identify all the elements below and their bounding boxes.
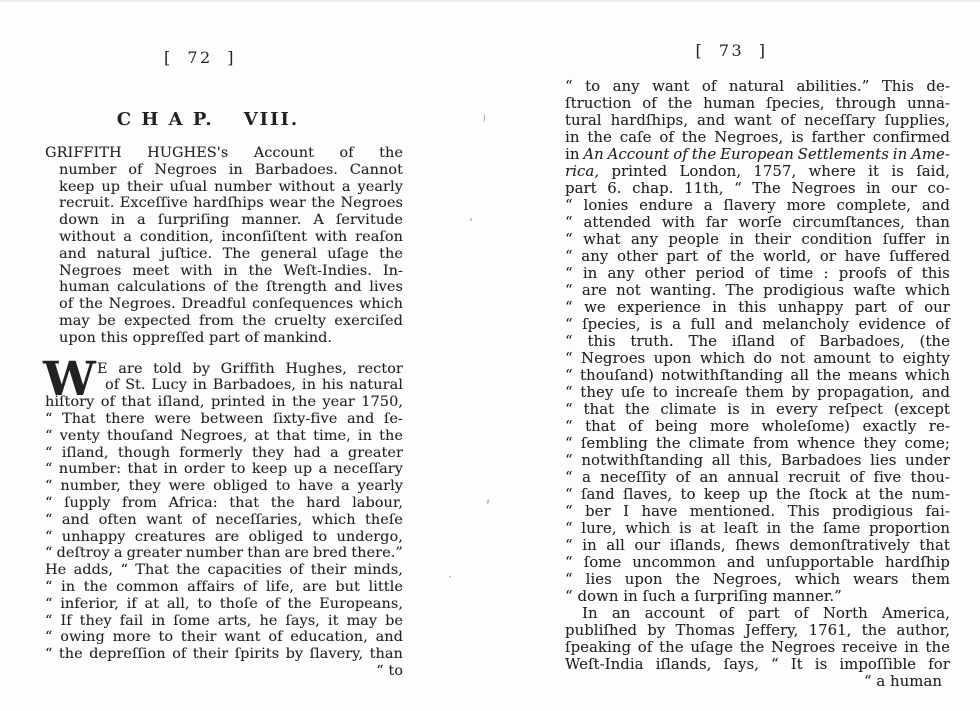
right-body-text: “toanywantofnaturalabilities.”Thisde-ſtr… xyxy=(565,78,950,690)
chapter-number: VIII. xyxy=(244,109,300,129)
left-body-text: W EaretoldbyGriffithHughes,rectorofSt.Lu… xyxy=(45,361,403,680)
text-line: “theyuſetoincreaſethembypropagation,and xyxy=(565,384,950,401)
scan-artifact xyxy=(470,218,472,221)
text-line: “anyotherpartoftheworld,orhaveſuffered xyxy=(565,248,950,265)
text-line: “ſpecies,isafullandmelancholyevidenceof xyxy=(565,316,950,333)
chapter-heading: C H A P. VIII. xyxy=(29,109,387,129)
text-line: numberofNegroesinBarbadoes.Cannot xyxy=(59,162,403,179)
text-line: “loniesendureaſlaverymorecomplete,and xyxy=(565,197,950,214)
text-line: “thatofbeingmorewholeſome)exactlyre- xyxy=(565,418,950,435)
text-line: InanaccountofpartofNorthAmerica, xyxy=(565,605,950,622)
text-line: recruit.ExceſſivehardſhipsweartheNegroes xyxy=(59,195,403,212)
text-line: downinaſurpriſingmanner.Aſervitude xyxy=(59,212,403,229)
text-line: “thistruth.TheiſlandofBarbadoes,(the xyxy=(565,333,950,350)
scan-edge-shadow xyxy=(0,0,980,2)
text-line: “whatanypeopleintheirconditionſufferin xyxy=(565,231,950,248)
text-line: “aneceſſityofanannualrecruitoffivethou- xyxy=(565,469,950,486)
scan-artifact xyxy=(940,96,942,98)
catchword-right: “ a human xyxy=(565,673,950,690)
text-line: “number,theywereobligedtohaveayearly xyxy=(45,478,403,495)
text-line: withoutacondition,inconſiſtentwithreaſon xyxy=(59,229,403,246)
text-line: “inferior,ifatall,tothoſeoftheEuropeans, xyxy=(45,596,403,613)
left-body-lines: EaretoldbyGriffithHughes,rectorofSt.Lucy… xyxy=(45,361,403,663)
text-line: maybeexpectedfromthecrueltyexerciſed xyxy=(59,313,403,330)
text-line: “toanywantofnaturalabilities.”Thisde- xyxy=(565,78,950,95)
text-line: “weexperienceinthisunhappypartofour xyxy=(565,299,950,316)
text-line: inthecaſeoftheNegroes,isfartherconfirmed xyxy=(565,129,950,146)
text-line: “ down in ſuch a ſurpriſing manner.” xyxy=(565,588,950,605)
text-line: inAnAccountoftheEuropeanSettlementsinAme… xyxy=(565,146,950,163)
text-line: “deſtroyagreaternumberthanarebredthere.” xyxy=(45,545,403,562)
text-line: “iſland,thoughformerlytheyhadagreater xyxy=(45,445,403,462)
text-line: Weſt-Indiaiſlands,ſays,“Itisimpoſſiblefo… xyxy=(565,656,950,673)
text-line: publiſhedbyThomasJeffery,1761,theauthor, xyxy=(565,622,950,639)
text-line: ofSt.LucyinBarbadoes,inhisnatural xyxy=(45,377,403,394)
drop-cap: W xyxy=(43,362,96,398)
text-line: “liesupontheNegroes,whichwearsthem xyxy=(565,571,950,588)
text-line: GRIFFITHHUGHES'sAccountofthe xyxy=(45,145,403,162)
text-line: “ſemblingtheclimatefromwhencetheycome; xyxy=(565,435,950,452)
text-line: rica,printedLondon,1757,whereitisſaid, xyxy=(565,163,950,180)
text-line: andnaturaljuſtice.Thegeneraluſagethe xyxy=(59,246,403,263)
text-line: humancalculationsoftheſtrengthandlives xyxy=(59,279,403,296)
text-line: “ſomeuncommonandunſupportablehardſhip xyxy=(565,554,950,571)
text-line: “owingmoretotheirwantofeducation,and xyxy=(45,629,403,646)
text-line: “inanyotherperiodoftime:proofsofthis xyxy=(565,265,950,282)
text-line: part6.chap.11th,“TheNegroesinourco- xyxy=(565,180,950,197)
text-line: “Iftheyfailinſomearts,heſays,itmaybe xyxy=(45,613,403,630)
scan-artifact xyxy=(449,576,451,578)
scan-artifact xyxy=(486,499,489,504)
text-line: ſpeakingoftheuſagetheNegroesreceiveinthe xyxy=(565,639,950,656)
catchword-left: “ to xyxy=(45,663,403,680)
text-line: hiſtoryofthatiſland,printedintheyear1750… xyxy=(45,394,403,411)
text-line: turalhardſhips,andwantofneceſſaryſupplie… xyxy=(565,112,950,129)
text-line: “attendedwithfarworſecircumſtances,than xyxy=(565,214,950,231)
text-line: “berIhavementioned.Thisprodigiousfai- xyxy=(565,503,950,520)
text-line: “thattheclimateisineveryreſpect(except xyxy=(565,401,950,418)
text-line: “arenotwanting.Theprodigiouswaſtewhich xyxy=(565,282,950,299)
text-line: “ventythouſandNegroes,atthattime,inthe xyxy=(45,428,403,445)
right-body-lines: “toanywantofnaturalabilities.”Thisde-ſtr… xyxy=(565,78,950,673)
text-line: keepuptheiruſualnumberwithoutayearly xyxy=(59,179,403,196)
page-number-72: [ 72 ] xyxy=(21,48,379,67)
text-line: oftheNegroes.Dreadfulconſequenceswhich xyxy=(59,296,403,313)
text-line: “inallouriſlands,ſhewsdemonſtrativelytha… xyxy=(565,537,950,554)
chapter-summary: GRIFFITHHUGHES'sAccountofthenumberofNegr… xyxy=(45,145,403,347)
text-line: EaretoldbyGriffithHughes,rector xyxy=(45,361,403,378)
text-line: “thouſand)notwithſtandingallthemeanswhic… xyxy=(565,367,950,384)
text-line: “ſupplyfromAfrica:thatthehardlabour, xyxy=(45,495,403,512)
text-line: “lure,whichisatleaſtintheſameproportion xyxy=(565,520,950,537)
text-line: ſtructionofthehumanſpecies,throughunna- xyxy=(565,95,950,112)
text-line: “notwithſtandingallthis,Barbadoesliesund… xyxy=(565,452,950,469)
text-line: “unhappycreaturesareobligedtoundergo, xyxy=(45,529,403,546)
text-line: NegroesmeetwithintheWeſt-Indies.In- xyxy=(59,263,403,280)
text-line: Headds,“Thatthecapacitiesoftheirminds, xyxy=(45,562,403,579)
left-page: [ 72 ] C H A P. VIII. GRIFFITHHUGHES'sAc… xyxy=(45,45,403,680)
text-line: “thedepreſſionoftheirſpiritsbyſlavery,th… xyxy=(45,646,403,663)
page-number-73: [ 73 ] xyxy=(539,41,924,60)
text-line: “inthecommonaffairsoflife,arebutlittle xyxy=(45,579,403,596)
scan-artifact xyxy=(481,114,486,122)
text-line: “ſandſlaves,tokeepuptheſtockatthenum- xyxy=(565,486,950,503)
text-line: upon this oppreſſed part of mankind. xyxy=(59,330,403,347)
right-page: [ 73 ] “toanywantofnaturalabilities.”Thi… xyxy=(565,38,950,690)
chapter-label: C H A P. xyxy=(117,109,214,129)
text-line: “andoftenwantofneceſſaries,whichtheſe xyxy=(45,512,403,529)
book-scan-spread: { "colors": { "paper": "#fdfdfc", "ink":… xyxy=(0,0,980,711)
text-line: “Thattherewerebetweenſixty-fiveandſe- xyxy=(45,411,403,428)
text-line: “Negroesuponwhichdonotamounttoeighty xyxy=(565,350,950,367)
text-line: “number:thatinordertokeepupaneceſſary xyxy=(45,461,403,478)
